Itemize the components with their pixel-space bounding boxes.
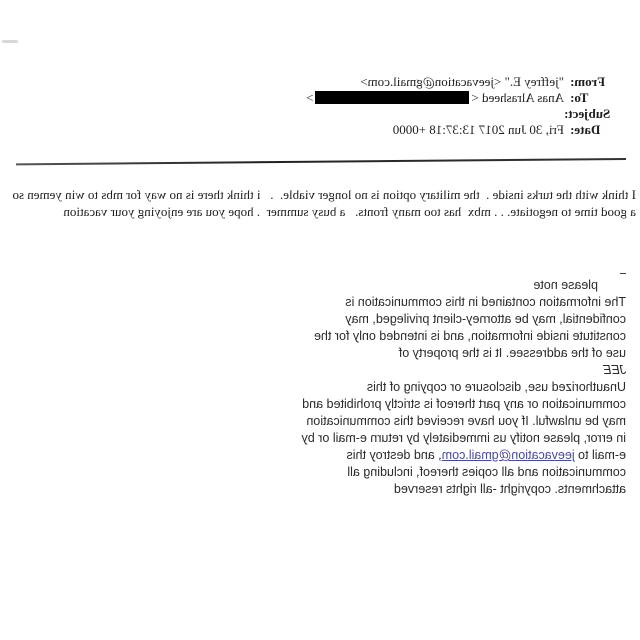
- scanned-email-page: From:"jeffrey E." <jeevacation@gmail.com…: [0, 0, 640, 640]
- header-date-row: Date:Fri, 30 Jun 2017 13:37:18 +0000: [282, 122, 622, 138]
- confidentiality-disclaimer: please note The information contained in…: [296, 277, 626, 498]
- scan-dash-mark: [620, 273, 626, 274]
- scan-smudge: [2, 40, 18, 43]
- from-label: From:: [570, 74, 622, 90]
- header-divider: [16, 158, 626, 165]
- disclaimer-paragraph-1: The information contained in this commun…: [296, 294, 626, 362]
- to-close: >: [306, 90, 313, 106]
- to-name: Anas Alrasheed <: [471, 90, 564, 106]
- to-label: To:: [570, 90, 622, 106]
- please-note: please note: [296, 277, 626, 294]
- subject-label: Subject:: [564, 106, 622, 122]
- redaction-block: [315, 91, 469, 104]
- email-body: I think with the turks inside . the mili…: [4, 186, 636, 220]
- disclaimer-paragraph-2: Unauthorized use, disclosure or copying …: [296, 379, 626, 498]
- date-label: Date:: [570, 122, 622, 138]
- from-value: "jeffrey E." <jeevacation@gmail.com>: [360, 74, 564, 90]
- email-header: From:"jeffrey E." <jeevacation@gmail.com…: [282, 74, 622, 138]
- disclaimer-owner: JEE: [296, 362, 626, 379]
- header-from-row: From:"jeffrey E." <jeevacation@gmail.com…: [282, 74, 622, 90]
- header-subject-row: Subject:: [282, 106, 622, 122]
- email-link[interactable]: jeevacation@gmail.com: [442, 448, 575, 462]
- header-to-row: To:Anas Alrasheed <>: [282, 90, 622, 106]
- date-value: Fri, 30 Jun 2017 13:37:18 +0000: [393, 122, 564, 138]
